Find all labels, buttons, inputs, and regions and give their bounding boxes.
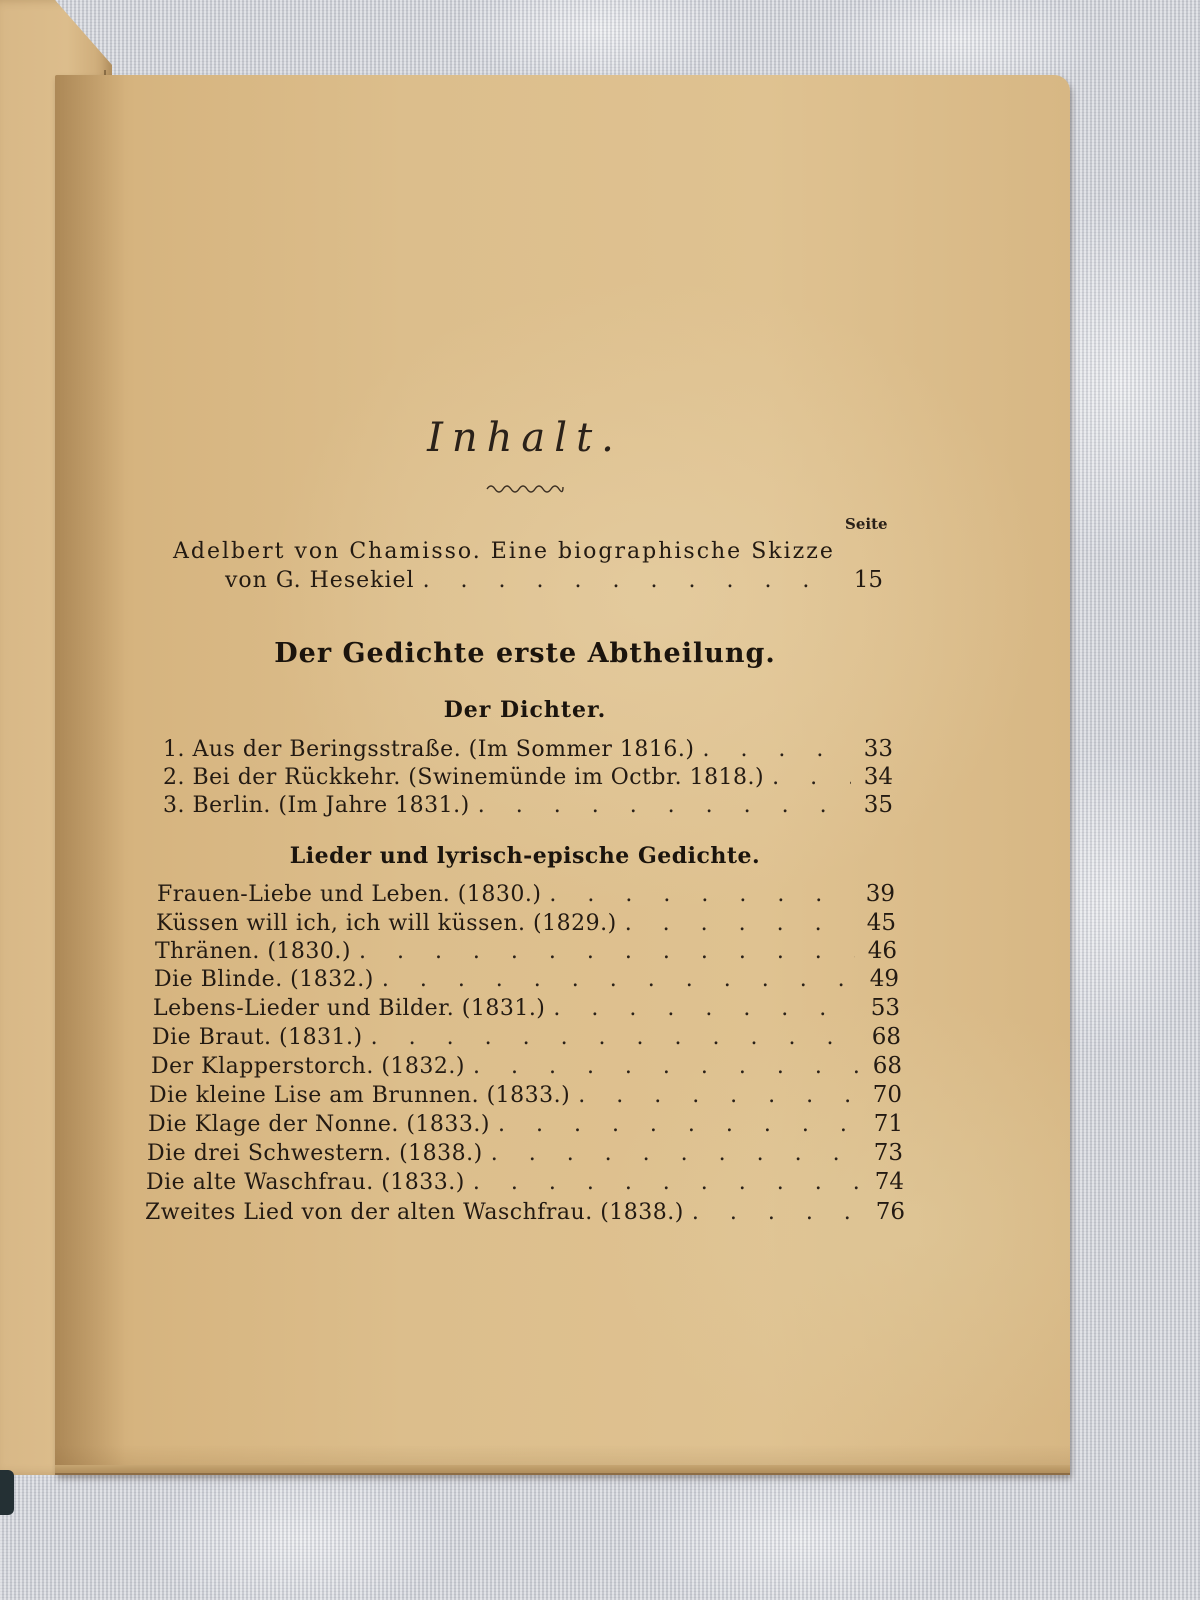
leader-dots [491,1140,861,1168]
leader-dots [498,1111,861,1139]
toc-entry: Die drei Schwestern. (1838.) 73 [147,1139,903,1168]
toc-entry-label: Die Blinde. (1832.) [154,966,374,994]
page-column-header: Seite [845,515,888,533]
toc-entry-label: Thränen. (1830.) [155,938,351,966]
toc-page-number: 39 [861,880,895,908]
toc-page-number: 73 [869,1139,903,1167]
toc-entry: Frauen-Liebe und Leben. (1830.) 39 [157,880,895,909]
toc-page-number: 33 [859,735,893,763]
toc-entry: Lebens-Lieder und Bilder. (1831.) 53 [153,994,900,1023]
table-of-contents: Inhalt. Seite Adelbert von Chamisso. Ein… [55,75,1070,1475]
leader-dots [772,764,851,792]
leader-dots [578,1082,860,1110]
toc-page-number: 53 [866,994,900,1022]
toc-page-number: 68 [867,1023,901,1051]
leader-dots [359,938,855,966]
toc-entry-label: Die kleine Lise am Brunnen. (1833.) [149,1082,570,1110]
page-bottom-edge [55,1465,1070,1475]
leader-dots [549,881,853,909]
toc-entry: Die Klage der Nonne. (1833.) 71 [148,1110,903,1139]
part-heading: Der Gedichte erste Abtheilung. [55,638,995,669]
toc-page-number: 74 [870,1168,904,1196]
toc-entry-label: Die Braut. (1831.) [152,1024,363,1052]
toc-page-number: 68 [868,1052,902,1080]
toc-entry: Der Klapperstorch. (1832.) 68 [151,1052,902,1081]
toc-entry-label: Der Klapperstorch. (1832.) [151,1053,465,1081]
leader-dots [423,567,841,595]
toc-entry-label: Adelbert von Chamisso. Eine biographisch… [173,538,835,566]
toc-entry-label: 1. Aus der Beringsstraße. (Im Sommer 181… [163,736,694,764]
book-spine-tab [0,1470,14,1515]
toc-page-number: 34 [859,763,893,791]
toc-page-number: 49 [865,965,899,993]
leader-dots [473,1053,860,1081]
leader-dots [553,995,858,1023]
toc-entry: Die alte Waschfrau. (1833.) 74 [146,1168,904,1197]
toc-page-number: 15 [849,566,883,594]
toc-entry: Die kleine Lise am Brunnen. (1833.) 70 [149,1081,902,1110]
toc-entry: 3. Berlin. (Im Jahre 1831.) 35 [163,791,893,820]
toc-page-number: 71 [869,1110,903,1138]
toc-page-number: 46 [863,937,897,965]
leader-dots [382,966,857,994]
toc-entry: Küssen will ich, ich will küssen. (1829.… [156,909,896,938]
toc-entry: Die Blinde. (1832.) 49 [154,965,899,994]
leader-dots [371,1024,859,1052]
toc-entry: 2. Bei der Rückkehr. (Swinemünde im Octb… [163,763,893,792]
leader-dots [702,736,851,764]
toc-entry-label: Die Klage der Nonne. (1833.) [148,1111,490,1139]
toc-page-number: 76 [871,1198,905,1226]
toc-page-number: 45 [862,909,896,937]
toc-entry-intro: von G. Hesekiel 15 [225,566,883,595]
toc-entry-label: 2. Bei der Rückkehr. (Swinemünde im Octb… [163,764,764,792]
toc-entry-label: Frauen-Liebe und Leben. (1830.) [157,881,541,909]
leader-dots [478,792,851,820]
toc-entry-label: Die alte Waschfrau. (1833.) [146,1169,465,1197]
toc-entry-label: Küssen will ich, ich will küssen. (1829.… [156,910,617,938]
section-heading-lieder: Lieder und lyrisch-epische Gedichte. [55,843,995,869]
section-heading-der-dichter: Der Dichter. [55,697,995,723]
toc-page-number: 70 [868,1081,902,1109]
toc-entry-intro-line1: Adelbert von Chamisso. Eine biographisch… [173,538,893,566]
toc-entry: Die Braut. (1831.) 68 [152,1023,901,1052]
leader-dots [692,1199,863,1227]
toc-entry-label: Zweites Lied von der alten Waschfrau. (1… [145,1199,684,1227]
toc-entry: Thränen. (1830.) 46 [155,937,897,966]
page-title: Inhalt. [55,415,995,461]
toc-entry: Zweites Lied von der alten Waschfrau. (1… [145,1198,905,1227]
leader-dots [625,910,854,938]
toc-page-number: 35 [859,791,893,819]
toc-entry-label: von G. Hesekiel [225,567,415,595]
book-page: Inhalt. Seite Adelbert von Chamisso. Ein… [55,75,1070,1475]
toc-entry-label: Lebens-Lieder und Bilder. (1831.) [153,995,545,1023]
toc-entry: 1. Aus der Beringsstraße. (Im Sommer 181… [163,735,893,764]
leader-dots [473,1169,862,1197]
toc-entry-label: 3. Berlin. (Im Jahre 1831.) [163,792,470,820]
wavy-rule-ornament-icon [485,480,565,494]
toc-entry-label: Die drei Schwestern. (1838.) [147,1140,483,1168]
